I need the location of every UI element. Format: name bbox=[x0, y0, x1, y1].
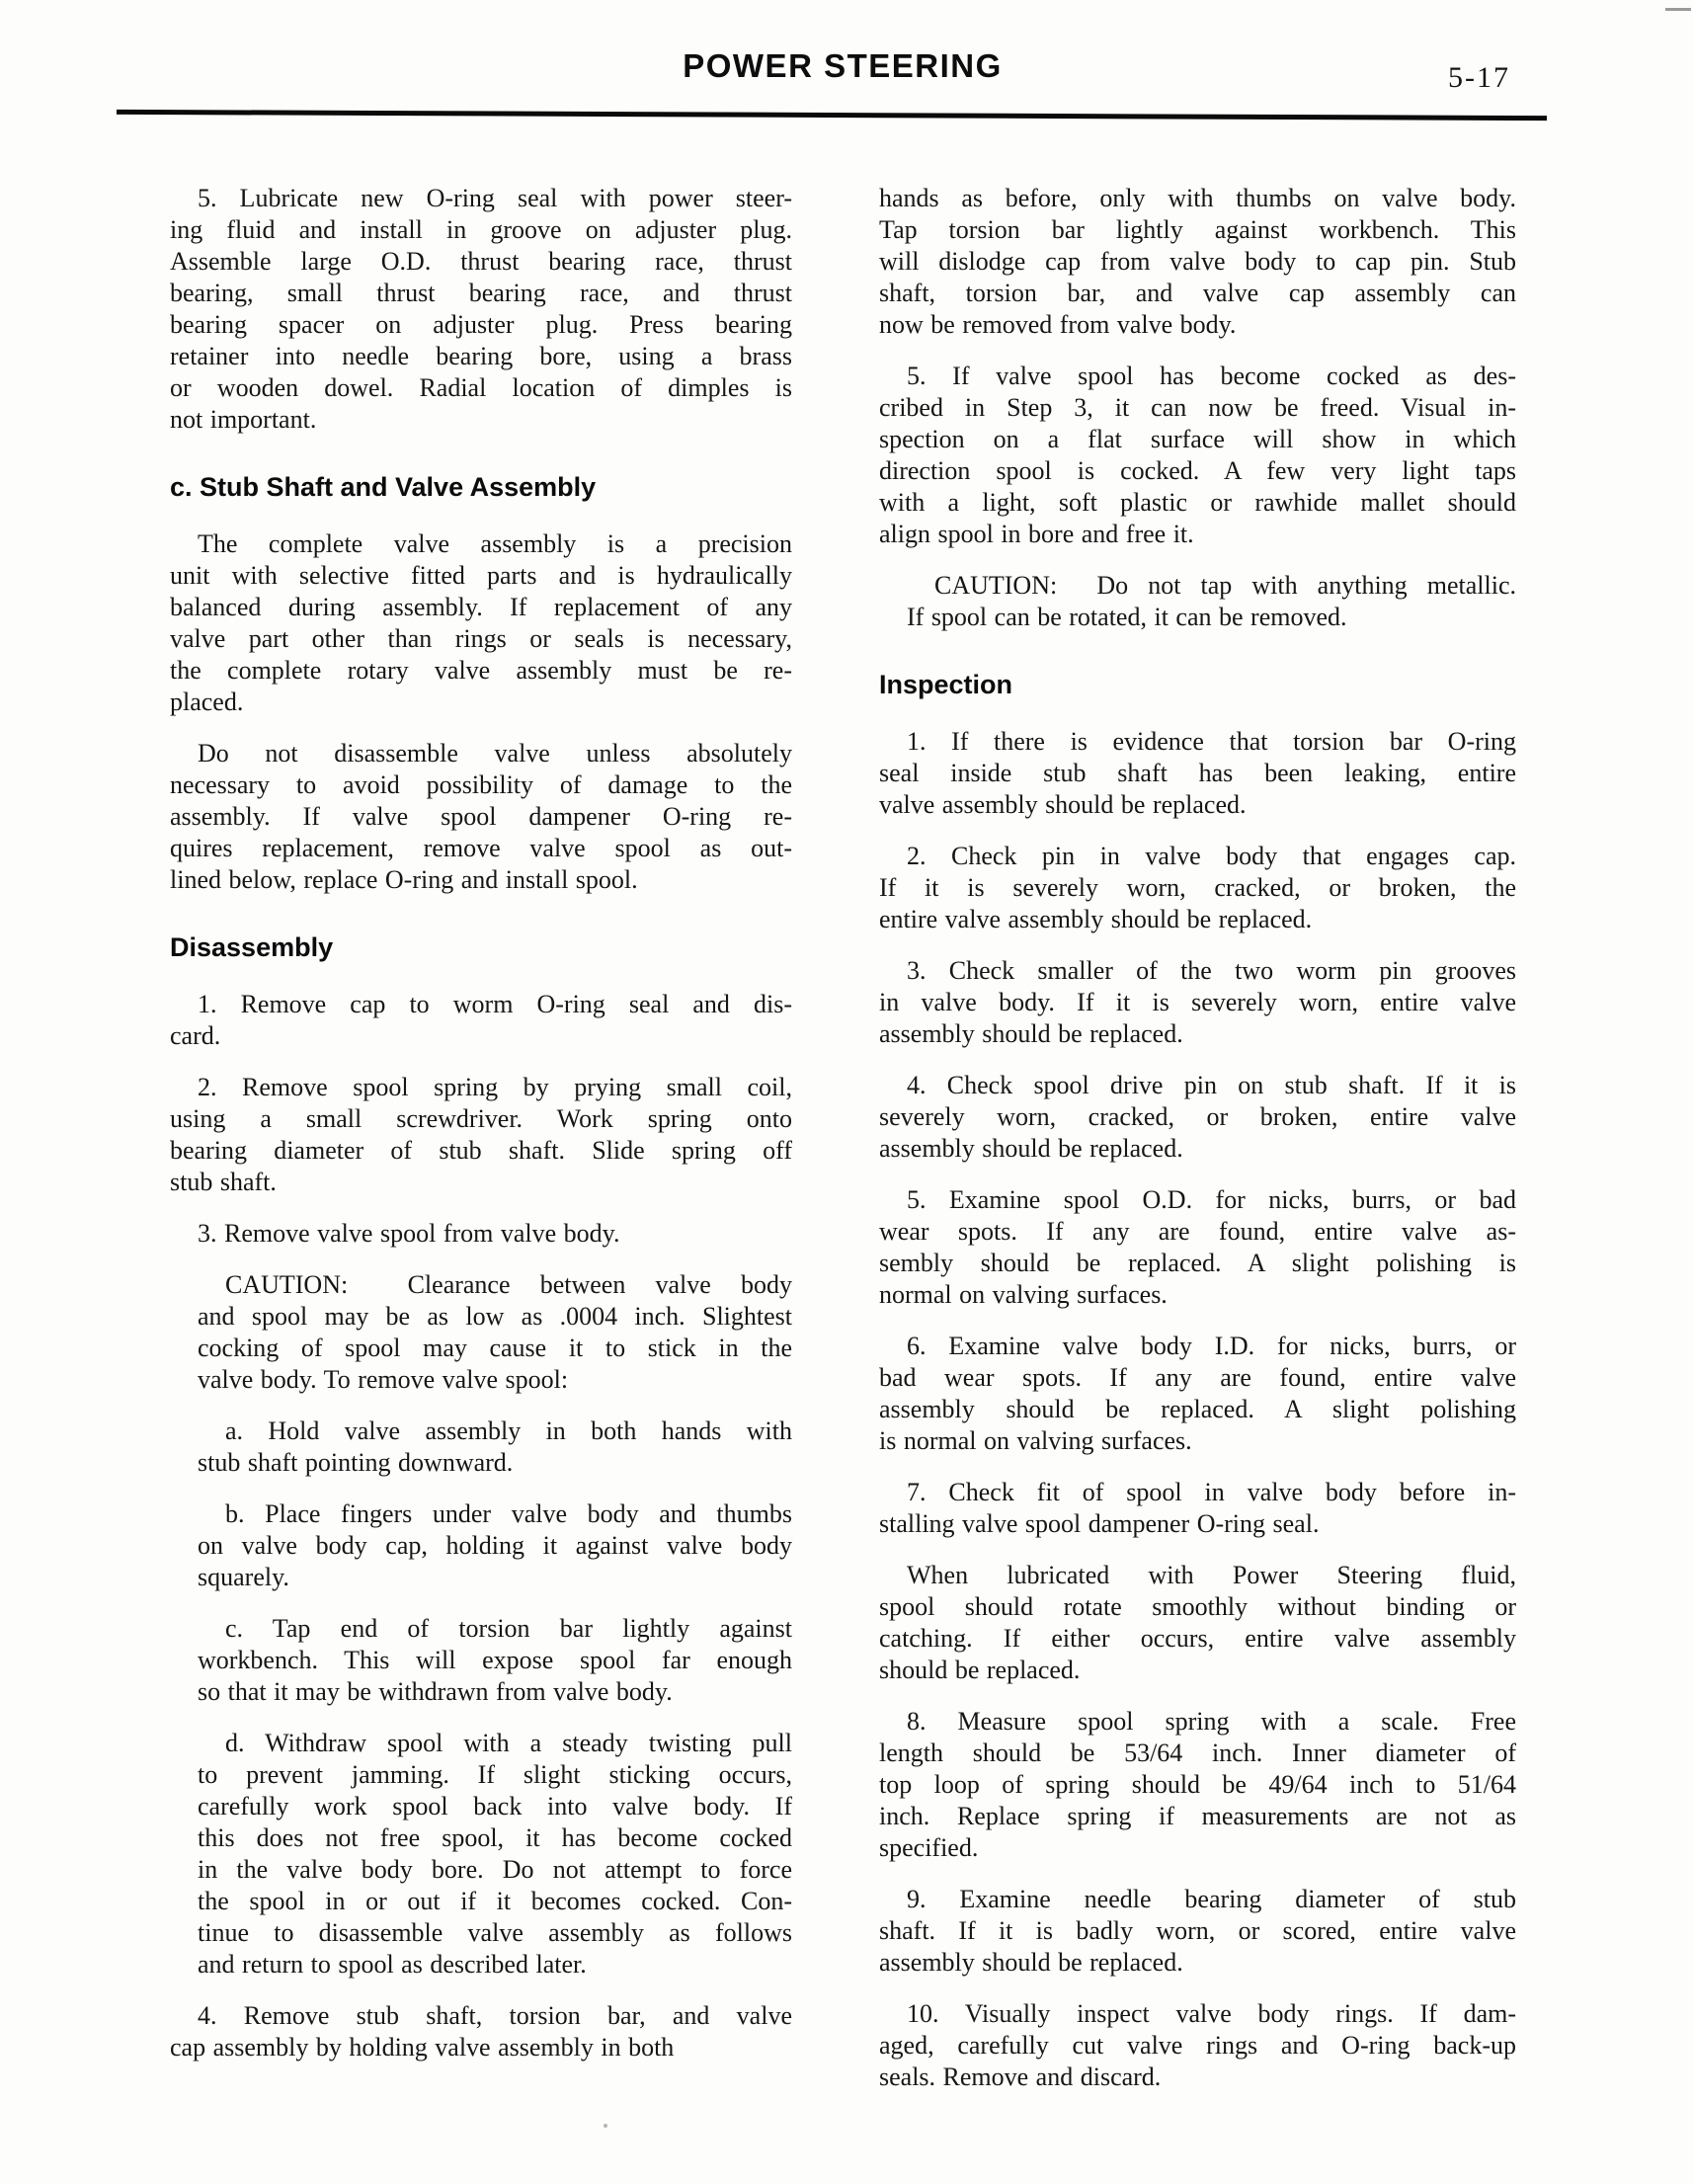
text-line: 2. Remove spool spring by prying small c… bbox=[170, 1072, 792, 1103]
text-line: c. Tap end of torsion bar lightly agains… bbox=[198, 1613, 792, 1645]
text-line: in the valve body bore. Do not attempt t… bbox=[198, 1854, 792, 1886]
paragraph: The complete valve assembly is a precisi… bbox=[170, 528, 792, 718]
text-line: with a light, soft plastic or rawhide ma… bbox=[879, 487, 1516, 519]
text-line: card. bbox=[170, 1020, 792, 1052]
text-line: inch. Replace spring if measurements are… bbox=[879, 1801, 1516, 1832]
text-line: d. Withdraw spool with a steady twisting… bbox=[198, 1728, 792, 1759]
text-line: will dislodge cap from valve body to cap… bbox=[879, 246, 1516, 278]
paragraph: 10. Visually inspect valve body rings. I… bbox=[879, 1998, 1516, 2093]
page-header: POWER STEERING 5-17 bbox=[170, 0, 1515, 119]
text-line: 1. Remove cap to worm O-ring seal and di… bbox=[170, 989, 792, 1020]
text-line: so that it may be withdrawn from valve b… bbox=[198, 1676, 792, 1708]
text-line: Tap torsion bar lightly against workbenc… bbox=[879, 214, 1516, 246]
paragraph: 1. Remove cap to worm O-ring seal and di… bbox=[170, 989, 792, 1052]
text-line: 8. Measure spool spring with a scale. Fr… bbox=[879, 1706, 1516, 1738]
text-line: hands as before, only with thumbs on val… bbox=[879, 183, 1516, 214]
text-line: assembly should be replaced. A slight po… bbox=[879, 1394, 1516, 1425]
text-line: aged, carefully cut valve rings and O-ri… bbox=[879, 2030, 1516, 2062]
page-title: POWER STEERING bbox=[170, 0, 1515, 85]
text-line: bearing, small thrust bearing race, and … bbox=[170, 278, 792, 309]
text-line: should be replaced. bbox=[879, 1655, 1516, 1686]
text-line: bad wear spots. If any are found, entire… bbox=[879, 1362, 1516, 1394]
paragraph: 5. If valve spool has become cocked as d… bbox=[879, 361, 1516, 550]
text-line: tinue to disassemble valve assembly as f… bbox=[198, 1917, 792, 1949]
manual-page: POWER STEERING 5-17 5. Lubricate new O-r… bbox=[0, 0, 1693, 2184]
text-line: b. Place fingers under valve body and th… bbox=[198, 1498, 792, 1530]
text-line: placed. bbox=[170, 687, 792, 718]
text-line: wear spots. If any are found, entire val… bbox=[879, 1216, 1516, 1248]
text-line: 5. Lubricate new O-ring seal with power … bbox=[170, 183, 792, 214]
text-line: length should be 53/64 inch. Inner diame… bbox=[879, 1738, 1516, 1769]
text-line: shaft, torsion bar, and valve cap assemb… bbox=[879, 278, 1516, 309]
text-line: The complete valve assembly is a precisi… bbox=[170, 528, 792, 560]
paragraph: hands as before, only with thumbs on val… bbox=[879, 183, 1516, 341]
text-line: sembly should be replaced. A slight poli… bbox=[879, 1248, 1516, 1279]
text-line: Do not disassemble valve unless absolute… bbox=[170, 738, 792, 769]
text-line: 1. If there is evidence that torsion bar… bbox=[879, 726, 1516, 758]
text-line: quires replacement, remove valve spool a… bbox=[170, 833, 792, 864]
text-line: spool should rotate smoothly without bin… bbox=[879, 1591, 1516, 1623]
paragraph: 3. Check smaller of the two worm pin gro… bbox=[879, 955, 1516, 1050]
text-line: direction spool is cocked. A few very li… bbox=[879, 455, 1516, 487]
text-line: 6. Examine valve body I.D. for nicks, bu… bbox=[879, 1331, 1516, 1362]
text-line: seals. Remove and discard. bbox=[879, 2062, 1516, 2093]
page-number: 5-17 bbox=[1448, 61, 1510, 95]
text-line: normal on valving surfaces. bbox=[879, 1279, 1516, 1311]
text-line: bearing spacer on adjuster plug. Press b… bbox=[170, 309, 792, 341]
text-line: workbench. This will expose spool far en… bbox=[198, 1645, 792, 1676]
paragraph: c. Tap end of torsion bar lightly agains… bbox=[198, 1613, 792, 1708]
text-line: entire valve assembly should be replaced… bbox=[879, 904, 1516, 935]
section-heading: Inspection bbox=[879, 669, 1516, 700]
text-line: If spool can be rotated, it can be remov… bbox=[907, 602, 1516, 633]
text-line: 10. Visually inspect valve body rings. I… bbox=[879, 1998, 1516, 2030]
paragraph: 4. Remove stub shaft, torsion bar, and v… bbox=[170, 2000, 792, 2063]
text-line: ing fluid and install in groove on adjus… bbox=[170, 214, 792, 246]
text-line: and spool may be as low as .0004 inch. S… bbox=[198, 1301, 792, 1333]
paragraph: 1. If there is evidence that torsion bar… bbox=[879, 726, 1516, 821]
text-line: 4. Check spool drive pin on stub shaft. … bbox=[879, 1070, 1516, 1101]
right-column: hands as before, only with thumbs on val… bbox=[879, 183, 1516, 2093]
text-line: assembly should be replaced. bbox=[879, 1133, 1516, 1165]
text-line: 3. Check smaller of the two worm pin gro… bbox=[879, 955, 1516, 987]
text-line: Assemble large O.D. thrust bearing race,… bbox=[170, 246, 792, 278]
text-line: squarely. bbox=[198, 1562, 792, 1593]
paragraph: 5. Lubricate new O-ring seal with power … bbox=[170, 183, 792, 436]
text-line: severely worn, cracked, or broken, entir… bbox=[879, 1101, 1516, 1133]
section-heading: c. Stub Shaft and Valve Assembly bbox=[170, 471, 792, 503]
text-line: to prevent jamming. If slight sticking o… bbox=[198, 1759, 792, 1791]
paragraph: 7. Check fit of spool in valve body befo… bbox=[879, 1477, 1516, 1540]
paragraph: Do not disassemble valve unless absolute… bbox=[170, 738, 792, 896]
text-line: 5. If valve spool has become cocked as d… bbox=[879, 361, 1516, 392]
text-line: CAUTION: Do not tap with anything metall… bbox=[907, 570, 1516, 602]
left-column: 5. Lubricate new O-ring seal with power … bbox=[170, 183, 792, 2093]
text-line: using a small screwdriver. Work spring o… bbox=[170, 1103, 792, 1135]
text-line: valve part other than rings or seals is … bbox=[170, 623, 792, 655]
paragraph: 5. Examine spool O.D. for nicks, burrs, … bbox=[879, 1184, 1516, 1311]
paragraph: a. Hold valve assembly in both hands wit… bbox=[198, 1416, 792, 1479]
text-line: assembly should be replaced. bbox=[879, 1018, 1516, 1050]
text-line: retainer into needle bearing bore, using… bbox=[170, 341, 792, 372]
text-line: necessary to avoid possibility of damage… bbox=[170, 769, 792, 801]
text-line: a. Hold valve assembly in both hands wit… bbox=[198, 1416, 792, 1447]
text-line: 4. Remove stub shaft, torsion bar, and v… bbox=[170, 2000, 792, 2032]
text-line: assembly. If valve spool dampener O-ring… bbox=[170, 801, 792, 833]
text-line: the spool in or out if it becomes cocked… bbox=[198, 1886, 792, 1917]
text-line: stalling valve spool dampener O-ring sea… bbox=[879, 1508, 1516, 1540]
paragraph: 4. Check spool drive pin on stub shaft. … bbox=[879, 1070, 1516, 1165]
section-heading: Disassembly bbox=[170, 931, 792, 963]
text-line: seal inside stub shaft has been leaking,… bbox=[879, 758, 1516, 789]
text-line: this does not free spool, it has become … bbox=[198, 1822, 792, 1854]
text-line: valve body. To remove valve spool: bbox=[198, 1364, 792, 1396]
text-line: align spool in bore and free it. bbox=[879, 519, 1516, 550]
text-line: now be removed from valve body. bbox=[879, 309, 1516, 341]
text-line: cocking of spool may cause it to stick i… bbox=[198, 1333, 792, 1364]
text-line: CAUTION: Clearance between valve body bbox=[198, 1269, 792, 1301]
text-line: cap assembly by holding valve assembly i… bbox=[170, 2032, 792, 2063]
text-line: stub shaft pointing downward. bbox=[198, 1447, 792, 1479]
paragraph: When lubricated with Power Steering flui… bbox=[879, 1560, 1516, 1686]
text-line: in valve body. If it is severely worn, e… bbox=[879, 987, 1516, 1018]
paragraph: 3. Remove valve spool from valve body. bbox=[170, 1218, 792, 1250]
text-line: catching. If either occurs, entire valve… bbox=[879, 1623, 1516, 1655]
text-line: 2. Check pin in valve body that engages … bbox=[879, 841, 1516, 872]
paragraph: d. Withdraw spool with a steady twisting… bbox=[198, 1728, 792, 1981]
text-line: 9. Examine needle bearing diameter of st… bbox=[879, 1884, 1516, 1915]
text-line: cribed in Step 3, it can now be freed. V… bbox=[879, 392, 1516, 424]
paragraph: 6. Examine valve body I.D. for nicks, bu… bbox=[879, 1331, 1516, 1457]
text-line: shaft. If it is badly worn, or scored, e… bbox=[879, 1915, 1516, 1947]
paragraph: CAUTION: Do not tap with anything metall… bbox=[907, 570, 1516, 633]
paragraph: b. Place fingers under valve body and th… bbox=[198, 1498, 792, 1593]
text-line: 5. Examine spool O.D. for nicks, burrs, … bbox=[879, 1184, 1516, 1216]
text-line: on valve body cap, holding it against va… bbox=[198, 1530, 792, 1562]
text-line: If it is severely worn, cracked, or brok… bbox=[879, 872, 1516, 904]
scan-artifact-dot bbox=[604, 2124, 607, 2128]
text-line: When lubricated with Power Steering flui… bbox=[879, 1560, 1516, 1591]
text-line: specified. bbox=[879, 1832, 1516, 1864]
paragraph: 9. Examine needle bearing diameter of st… bbox=[879, 1884, 1516, 1979]
text-line: stub shaft. bbox=[170, 1167, 792, 1198]
text-line: or wooden dowel. Radial location of dimp… bbox=[170, 372, 792, 404]
text-line: balanced during assembly. If replacement… bbox=[170, 592, 792, 623]
text-line: is normal on valving surfaces. bbox=[879, 1425, 1516, 1457]
text-line: and return to spool as described later. bbox=[198, 1949, 792, 1981]
text-line: bearing diameter of stub shaft. Slide sp… bbox=[170, 1135, 792, 1167]
text-line: top loop of spring should be 49/64 inch … bbox=[879, 1769, 1516, 1801]
paragraph: 2. Check pin in valve body that engages … bbox=[879, 841, 1516, 935]
text-line: 7. Check fit of spool in valve body befo… bbox=[879, 1477, 1516, 1508]
paragraph: 8. Measure spool spring with a scale. Fr… bbox=[879, 1706, 1516, 1864]
text-line: 3. Remove valve spool from valve body. bbox=[170, 1218, 792, 1250]
text-line: unit with selective fitted parts and is … bbox=[170, 560, 792, 592]
content-columns: 5. Lubricate new O-ring seal with power … bbox=[170, 183, 1516, 2093]
text-line: assembly should be replaced. bbox=[879, 1947, 1516, 1979]
text-line: not important. bbox=[170, 404, 792, 436]
text-line: spection on a flat surface will show in … bbox=[879, 424, 1516, 455]
text-line: carefully work spool back into valve bod… bbox=[198, 1791, 792, 1822]
scan-artifact-dash bbox=[1665, 8, 1691, 11]
text-line: the complete rotary valve assembly must … bbox=[170, 655, 792, 687]
text-line: lined below, replace O-ring and install … bbox=[170, 864, 792, 896]
paragraph: 2. Remove spool spring by prying small c… bbox=[170, 1072, 792, 1198]
paragraph: CAUTION: Clearance between valve bodyand… bbox=[198, 1269, 792, 1396]
text-line: valve assembly should be replaced. bbox=[879, 789, 1516, 821]
